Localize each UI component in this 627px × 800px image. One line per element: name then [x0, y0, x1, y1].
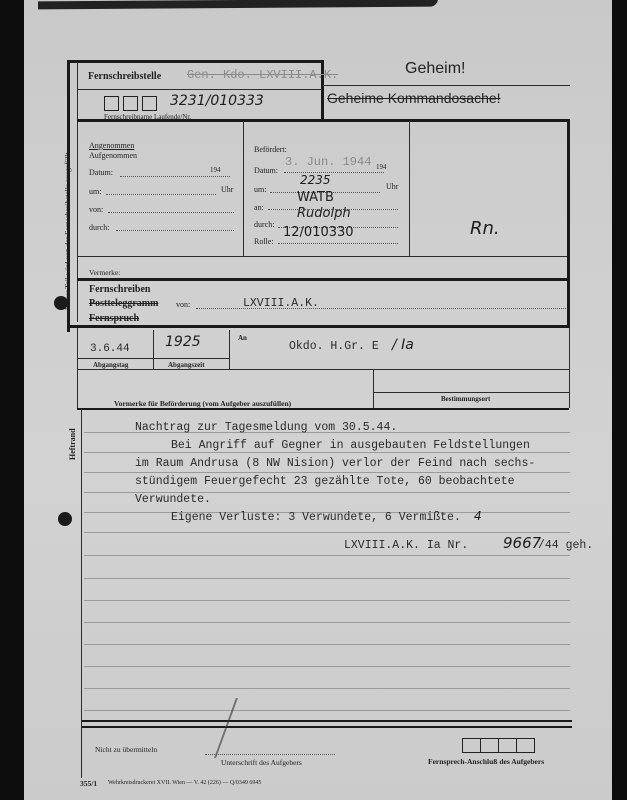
forwarded-time-label: um:	[254, 185, 266, 194]
recipient-label: An	[238, 334, 247, 342]
type-telex: Fernschreiben	[89, 284, 150, 295]
code-box-3	[142, 96, 157, 111]
forwarded-by-value: Rudolph	[297, 206, 351, 221]
received-title-1: Angenommen	[89, 141, 134, 150]
reference-suffix: /44 geh.	[538, 539, 593, 552]
initials-signature: Rn.	[470, 218, 500, 239]
signature-label: Unterschrift des Aufgebers	[221, 758, 302, 767]
dispatch-left-border	[77, 328, 78, 408]
reference-number: 9667	[503, 534, 541, 552]
forwarded-roll-line	[278, 243, 398, 244]
forwarded-to-value: WATB	[297, 190, 334, 205]
signature-line	[205, 754, 335, 755]
footer-double-rule-2	[82, 726, 572, 728]
punch-hole-top	[54, 296, 68, 310]
binding-margin-line	[81, 408, 82, 778]
station-stamp: Gen. Kdo. LXVIII.A.K.	[187, 68, 338, 82]
message-line-2: Bei Angriff auf Gegner in ausgebauten Fe…	[171, 439, 530, 452]
remarks-divider	[77, 278, 570, 281]
reference-prefix: LXVIII.A.K. Ia Nr.	[344, 539, 468, 552]
dispatch-row-divider	[77, 369, 569, 370]
received-time-field[interactable]	[106, 194, 216, 195]
phone-box-2	[480, 738, 499, 753]
not-transmit-label: Nicht zu übermitteln	[95, 745, 157, 754]
dispatch-date-label: Abgangstag	[93, 361, 128, 369]
forwarded-to-label: an:	[254, 203, 264, 212]
phone-label: Fernsprech-Anschluß des Aufgebers	[428, 757, 544, 766]
grid-bottom-border	[77, 256, 567, 257]
sequence-number: 3231/010333	[170, 93, 264, 109]
forwarded-time-value: 2235	[300, 173, 331, 187]
received-date-label: Datum:	[89, 168, 113, 177]
received-title-2: Aufgenommen	[89, 151, 137, 160]
phone-box-3	[498, 738, 517, 753]
message-hand-mark: 4	[474, 509, 482, 523]
received-by-label: durch:	[89, 223, 109, 232]
phone-box-1	[462, 738, 481, 753]
classification-rule	[322, 85, 570, 86]
received-from-field[interactable]	[108, 212, 234, 213]
forwarded-date-stamp: 3. Jun. 1944	[285, 155, 371, 169]
grid-top-border	[77, 119, 570, 122]
type-phone-struck: Fernspruch	[89, 313, 139, 324]
message-line-5: Verwundete.	[135, 493, 211, 506]
rule-line	[84, 710, 570, 711]
message-line-6: Eigene Verluste: 3 Verwundete, 6 Vermißt…	[171, 511, 461, 524]
type-telegram-struck: Postteleggramm	[89, 298, 158, 309]
sender-label: von:	[176, 300, 190, 309]
remarks-label: Vermerke:	[89, 268, 120, 277]
station-fill-note: Dieser Teil wird von der Fernschreibstel…	[63, 152, 72, 310]
rule-line	[84, 555, 570, 556]
dispatch-divider-2	[229, 330, 230, 370]
punch-hole-bottom	[58, 512, 72, 526]
classification-struck: Geheime Kommandosache!	[327, 90, 501, 106]
heftrand-label: Heftrand	[68, 428, 77, 460]
destination-label: Bestimmungsort	[441, 395, 490, 403]
message-line-1: Nachtrag zur Tagesmeldung vom 30.5.44.	[135, 421, 397, 434]
grid-right-border	[567, 119, 570, 326]
message-line-3: im Raum Andrusa (8 NW Nision) verlor der…	[135, 457, 535, 470]
dispatch-divider-1	[153, 330, 154, 370]
sender-value: LXVIII.A.K.	[243, 297, 319, 310]
classification-label: Geheim!	[405, 60, 465, 78]
forwarded-year-prefix: 194	[376, 163, 387, 171]
dispatch-time-value: 1925	[165, 334, 201, 350]
printer-line: Wehrkreisdruckerei XVII. Wien — V. 42 (2…	[108, 780, 261, 786]
form-number: 355/1	[80, 779, 97, 788]
forwarded-by-label: durch:	[254, 220, 274, 229]
rule-line	[84, 452, 570, 453]
frame-bottom-border	[67, 325, 570, 328]
rule-line	[84, 666, 570, 667]
grid-divider-2	[409, 121, 410, 257]
code-box-1	[104, 96, 119, 111]
rule-line	[84, 532, 570, 533]
forwarded-date-line	[284, 172, 384, 173]
inner-left-border	[77, 62, 78, 322]
rule-line	[84, 578, 570, 579]
station-label: Fernschreibstelle	[88, 71, 161, 82]
rule-line	[84, 622, 570, 623]
received-time-label: um:	[89, 187, 101, 196]
received-by-field[interactable]	[116, 230, 234, 231]
rule-line	[84, 472, 570, 473]
received-from-label: von:	[89, 205, 103, 214]
recipient-hand: / Ia	[392, 337, 414, 353]
received-year-prefix: 194	[210, 166, 221, 174]
message-line-4: stündigem Feuergefecht 23 gezählte Tote,…	[135, 475, 515, 488]
dispatch-time-label: Abgangszeit	[168, 361, 205, 369]
forwarded-title: Befördert:	[254, 145, 287, 154]
destination-rule	[373, 392, 569, 393]
dispatch-caption-rule	[77, 358, 229, 359]
received-date-field[interactable]	[120, 176, 230, 177]
received-uhr-label: Uhr	[221, 185, 233, 194]
rule-line	[84, 688, 570, 689]
header-divider	[77, 89, 322, 90]
footer-double-rule-1	[82, 720, 572, 722]
rule-line	[84, 600, 570, 601]
forwarded-date-label: Datum:	[254, 166, 278, 175]
forwarded-roll-value: 12/010330	[283, 225, 354, 240]
code-box-2	[123, 96, 138, 111]
dispatch-bottom-border	[77, 408, 569, 410]
phone-box-4	[516, 738, 535, 753]
frame-top-border	[67, 60, 323, 63]
forwarded-roll-label: Rolle:	[254, 237, 274, 246]
forwarded-uhr-label: Uhr	[386, 182, 398, 191]
routing-note-label: Vormerke für Beförderung (vom Aufgeber a…	[114, 399, 291, 408]
rule-line	[84, 644, 570, 645]
destination-divider	[373, 369, 374, 409]
dispatch-date-value: 3.6.44	[90, 343, 130, 355]
recipient-value: Okdo. H.Gr. E	[289, 340, 379, 353]
dispatch-right-border	[569, 328, 570, 408]
grid-divider-1	[243, 121, 244, 257]
